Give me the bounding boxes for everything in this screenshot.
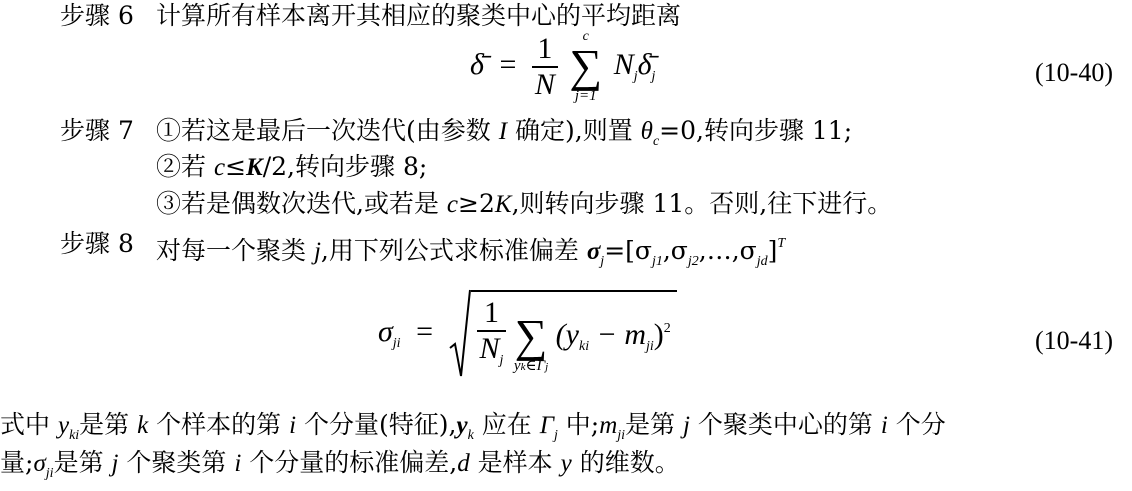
- vector-close: ]: [768, 236, 778, 265]
- step-6-label: 步骤 6: [60, 1, 134, 31]
- square-root: 1 Nj ∑ yk∈Γj (yki − mji)2: [449, 288, 677, 380]
- item-1-text-c: =0,转向步骤 11;: [659, 116, 852, 145]
- step-6-text: 计算所有样本离开其相应的聚类中心的平均距离: [156, 1, 681, 31]
- eq-body: (yki − mji)2: [556, 318, 671, 351]
- radicand: 1 Nj ∑ yk∈Γj (yki − mji)2: [471, 290, 677, 378]
- frac-numerator: 1: [477, 296, 507, 332]
- explanation-line-2: 量;σji是第 j 个聚类第 i 个分量的标准偏差,d 是样本 y 的维数。: [0, 448, 680, 489]
- var-c: c: [214, 154, 225, 181]
- eq-equals: =: [416, 315, 433, 348]
- marker-2: ②: [156, 152, 181, 181]
- step-8-label: 步骤 8: [60, 229, 134, 259]
- var-K: K: [246, 154, 263, 181]
- equation-10-41: σji = 1 Nj ∑ yk∈Γj (yki − mji)2: [378, 288, 677, 380]
- item-1-text-b: 确定),则置: [507, 116, 641, 145]
- step-8-text-a: 对每一个聚类: [156, 236, 314, 265]
- transpose-mark: T: [777, 236, 785, 251]
- v1-sub: j1: [652, 254, 663, 269]
- v3-sub: jd: [757, 254, 768, 269]
- op-geq: ≥: [458, 189, 479, 218]
- item-1-text-a: 若这是最后一次迭代(由参数: [181, 116, 499, 145]
- equation-10-40: δ̄ = 1 N c ∑ j=1 Njδ̄j: [470, 30, 655, 104]
- step-7-item-1: ①若这是最后一次迭代(由参数 I 确定),则置 θc=0,转向步骤 11;: [156, 116, 852, 157]
- step-8-text-b: ,用下列公式求标准偏差: [321, 236, 587, 265]
- eq-term-N: N: [614, 48, 634, 81]
- step-7-item-2: ②若 c≤K/2,转向步骤 8;: [156, 152, 427, 183]
- item-3-text-a: 若是偶数次迭代,或若是: [181, 189, 447, 218]
- summation: ∑ yk∈Γj: [514, 300, 548, 375]
- var-c: c: [447, 191, 458, 218]
- eq-term-delta-sub: j: [652, 69, 656, 84]
- var-K: K: [495, 191, 512, 218]
- var-theta: θ: [641, 118, 653, 145]
- op-leq: ≤: [225, 152, 246, 181]
- eq-equals: =: [499, 48, 516, 81]
- var-sigma-vector: σ: [587, 238, 600, 265]
- item-2-text-b: /2,转向步骤 8;: [263, 152, 428, 181]
- marker-1: ①: [156, 116, 181, 145]
- equation-tag-10-41: (10-41): [1035, 326, 1113, 356]
- item-3-text-c: ,则转向步骤 11。否则,往下进行。: [512, 189, 893, 218]
- step-8-text: 对每一个聚类 j,用下列公式求标准偏差 σj=[σj1,σj2,…,σjd]T: [156, 229, 785, 277]
- frac-denominator: N: [532, 68, 558, 102]
- step-7-label: 步骤 7: [60, 116, 134, 146]
- eq-fraction: 1 N: [532, 32, 558, 102]
- sum-symbol: ∑: [569, 44, 602, 88]
- frac-denominator: Nj: [477, 332, 507, 378]
- v2: ,σ: [663, 236, 688, 265]
- step-7-item-3: ③若是偶数次迭代,或若是 c≥2K,则转向步骤 11。否则,往下进行。: [156, 189, 892, 220]
- explanation-line-1: 式中 yki是第 k 个样本的第 i 个分量(特征),yk 应在 Γj 中;mj…: [0, 410, 946, 451]
- eq-lhs: δ̄: [470, 48, 484, 81]
- marker-3: ③: [156, 189, 181, 218]
- equation-tag-10-40: (10-40): [1035, 58, 1113, 88]
- frac-numerator: 1: [532, 32, 558, 68]
- eq-lhs-sub: ji: [393, 336, 401, 351]
- eq-term-delta: δ̄: [638, 48, 652, 81]
- vector-open: =[σ: [604, 236, 652, 265]
- item-3-text-b: 2: [479, 189, 495, 218]
- eq-lhs-sigma: σ: [378, 315, 393, 348]
- sum-symbol: ∑: [514, 314, 548, 358]
- var-j: j: [314, 238, 321, 265]
- eq-fraction: 1 Nj: [477, 296, 507, 378]
- item-2-text-a: 若: [181, 152, 214, 181]
- var-I: I: [499, 118, 507, 145]
- summation: c ∑ j=1: [569, 30, 602, 104]
- sum-lower-limit: yk∈Γj: [514, 358, 548, 375]
- radical-sign-icon: [449, 288, 471, 380]
- v3: ,…,σ: [699, 236, 757, 265]
- v2-sub: j2: [688, 254, 699, 269]
- frac-den-sub: j: [500, 353, 504, 368]
